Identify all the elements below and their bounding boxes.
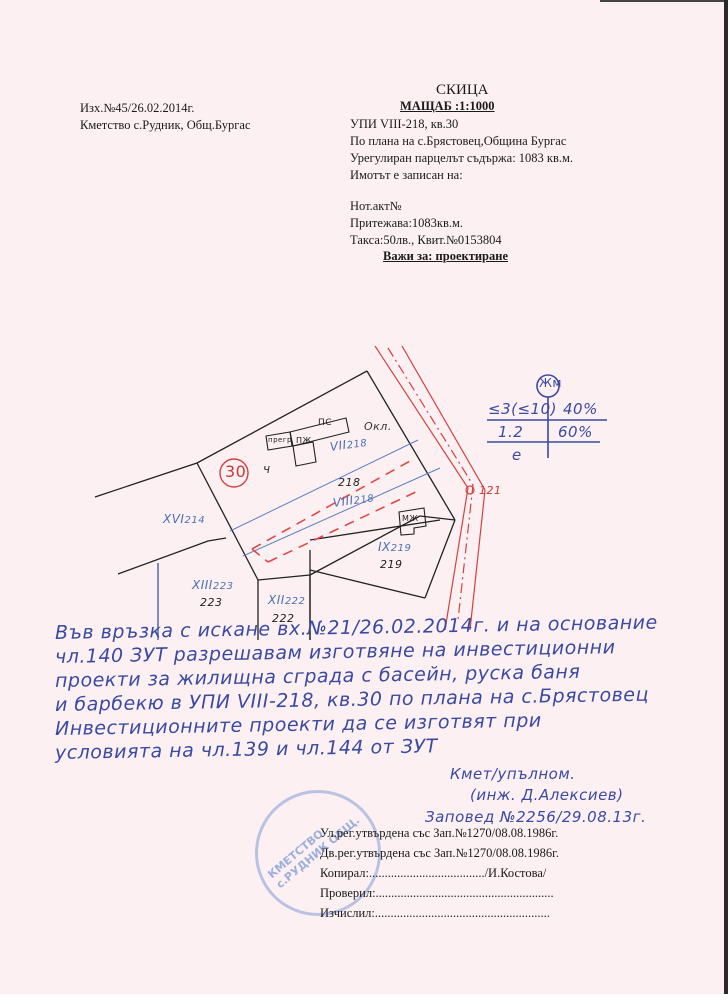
copied-by: Копирал:................................… bbox=[320, 866, 546, 881]
parcel-xii: XII222 bbox=[268, 593, 305, 607]
building-mzh: МЖ bbox=[402, 514, 419, 523]
street-regulation: Ул.рег.утвърдена със Зап.№1270/08.08.198… bbox=[320, 826, 558, 841]
calculated-by: Изчислил:...............................… bbox=[320, 906, 550, 921]
block-number: 30 bbox=[225, 462, 246, 481]
signer-name: (инж. Д.Алексиев) bbox=[470, 786, 624, 804]
street-point: 121 bbox=[479, 484, 502, 497]
building-pzh: ПЖ bbox=[296, 436, 312, 445]
plot-223: 223 bbox=[200, 596, 223, 609]
map-label-ch: ч bbox=[263, 462, 271, 476]
zone-height: ≤3(≤10) bbox=[488, 400, 557, 418]
zone-mode: е bbox=[512, 446, 522, 464]
order-number: Заповед №2256/29.08.13г. bbox=[425, 808, 646, 826]
plot-219: 219 bbox=[380, 558, 403, 571]
building-pregr: прегр bbox=[268, 436, 292, 444]
boundary-east bbox=[367, 371, 455, 520]
building-ps: ПС bbox=[318, 418, 332, 428]
plot-218: 218 bbox=[338, 476, 361, 489]
zone-intensity: 1.2 bbox=[498, 423, 523, 441]
parcel-xvi: XVI214 bbox=[163, 512, 205, 526]
zone-density: 40% bbox=[563, 400, 598, 418]
parcel-ix: IX219 bbox=[378, 540, 411, 554]
zone-green: 60% bbox=[558, 423, 593, 441]
checked-by: Проверил:...............................… bbox=[320, 886, 554, 901]
signer-title: Кмет/упълном. bbox=[450, 765, 575, 783]
parcel-xiii: XIII223 bbox=[192, 578, 233, 592]
map-label-okl: Окл. bbox=[364, 420, 392, 433]
zone-label: Жм bbox=[539, 376, 562, 390]
yard-regulation: Дв.рег.утвърдена със Зап.№1270/08.08.198… bbox=[320, 846, 559, 861]
